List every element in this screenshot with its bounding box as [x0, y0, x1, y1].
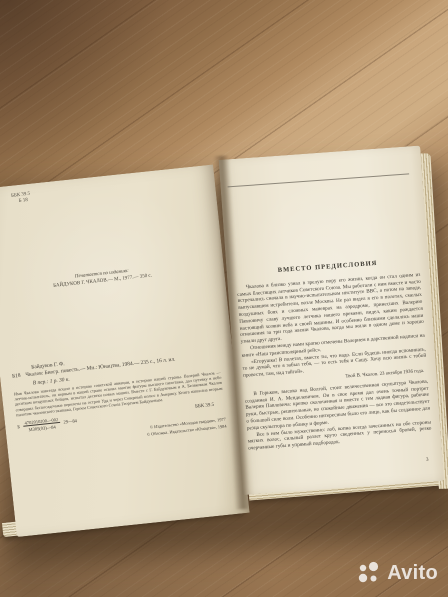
right-page: ВМЕСТО ПРЕДИСЛОВИЯ Чкалова я близко узна…	[219, 146, 445, 496]
edition-reference: Печатается по изданию: БАЙДУКОВ Г. ЧКАЛО…	[22, 262, 183, 293]
left-page: ББК 39.5 Б 18 Печатается по изданию: БАЙ…	[0, 164, 250, 537]
avito-watermark: Avito	[357, 561, 438, 585]
page-number: 3	[426, 458, 429, 463]
preface-content: ВМЕСТО ПРЕДИСЛОВИЯ Чкалова я близко узна…	[236, 258, 433, 453]
bbk-right: ББК 39.5	[195, 403, 215, 411]
open-book: ББК 39.5 Б 18 Печатается по изданию: БАЙ…	[0, 132, 448, 568]
book-photo: ББК 39.5 Б 18 Печатается по изданию: БАЙ…	[0, 0, 448, 597]
catalog-block: Байдуков Г. Ф. Б18Чкалов: Биогр. повесть…	[11, 345, 227, 450]
catalog-code: Б18	[12, 373, 21, 380]
code-prefix: Б	[17, 424, 20, 429]
bbk-index: ББК 39.5 Б 18	[11, 192, 31, 206]
avito-logo-icon	[357, 561, 380, 585]
header-rule	[228, 173, 410, 187]
code-suffix: 29—84	[63, 418, 77, 424]
avito-wordmark: Avito	[387, 562, 438, 585]
code-fraction: 4702010200—002 М305(03)—84	[22, 417, 61, 433]
publisher-code: Б 4702010200—002 М305(03)—84 29—84	[17, 415, 78, 433]
